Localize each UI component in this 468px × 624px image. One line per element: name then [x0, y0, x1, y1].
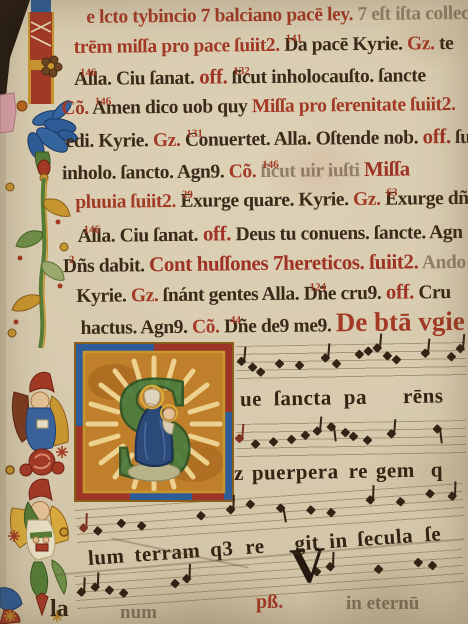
neume: [276, 360, 286, 370]
neume: [426, 490, 437, 501]
neume: [434, 425, 444, 435]
lyric-word: q: [431, 457, 444, 482]
neume: [397, 498, 408, 509]
music-stave: [236, 420, 467, 458]
lyric-line: zpuerperaregemq: [234, 457, 443, 486]
neume: [327, 563, 338, 574]
neume: [91, 583, 102, 594]
neume: [333, 360, 343, 370]
lyric-word: ſe: [424, 521, 442, 547]
neume: [374, 344, 384, 354]
neume: [236, 435, 246, 445]
neume: [328, 423, 338, 433]
lyric-word: z: [234, 461, 244, 486]
neume: [449, 492, 460, 503]
neume: [118, 519, 129, 530]
neume: [307, 506, 318, 517]
neume: [171, 580, 182, 591]
neume: [252, 441, 262, 451]
lyric-word: rēns: [403, 383, 444, 409]
lyric-word: puerpera: [252, 459, 339, 486]
neume: [314, 427, 324, 437]
lyric-line: ueſanctaparēns: [240, 383, 444, 412]
music-stave: [236, 342, 467, 380]
neume: [375, 565, 386, 576]
lyric-word: in: [328, 528, 348, 554]
lyric-word: pa: [344, 385, 368, 410]
neume: [367, 496, 378, 507]
chant-text-fragment: la: [50, 596, 69, 623]
neume: [388, 430, 398, 440]
neume: [302, 432, 312, 442]
neume: [138, 522, 149, 533]
lyric-word: lum: [87, 543, 125, 570]
neume: [183, 575, 194, 586]
neume: [80, 524, 91, 535]
lyric-word: terram: [134, 538, 202, 568]
neume: [327, 509, 338, 520]
chant-text-fragment: num: [120, 602, 157, 624]
neume: [457, 345, 467, 355]
neume: [296, 362, 306, 372]
neume: [120, 589, 131, 600]
neume: [277, 504, 288, 515]
neume: [422, 350, 432, 360]
chant-text-fragment: V: [288, 539, 328, 591]
neume: [288, 436, 298, 446]
lyric-word: gem: [376, 458, 415, 484]
lyric-word: re: [348, 459, 368, 484]
neume: [270, 438, 280, 448]
chant-music-block: ueſanctaparēnszpuerperaregemqlumterramq3…: [0, 0, 468, 624]
manuscript-page: e lcto tybincio 7 balciano pacē ley. 7 e…: [0, 0, 468, 624]
lyric-word: q3: [209, 536, 234, 563]
neume: [197, 512, 208, 523]
chant-text-fragment: in eternū: [346, 593, 419, 615]
chant-text-fragment: pß.: [256, 591, 283, 614]
neume: [414, 559, 425, 570]
lyric-word: re: [244, 534, 265, 560]
neume: [322, 354, 332, 364]
neume: [350, 433, 360, 443]
neume: [364, 437, 374, 447]
lyric-word: ſecula: [357, 523, 414, 552]
neume: [429, 562, 440, 573]
neume: [78, 588, 89, 599]
neume: [257, 368, 267, 378]
neume: [227, 506, 238, 517]
neume: [247, 500, 258, 511]
neume: [106, 586, 117, 597]
neume: [238, 358, 248, 368]
neume: [94, 527, 105, 538]
lyric-word: ſancta: [274, 385, 332, 411]
neume: [393, 356, 403, 366]
lyric-word: ue: [240, 387, 262, 412]
